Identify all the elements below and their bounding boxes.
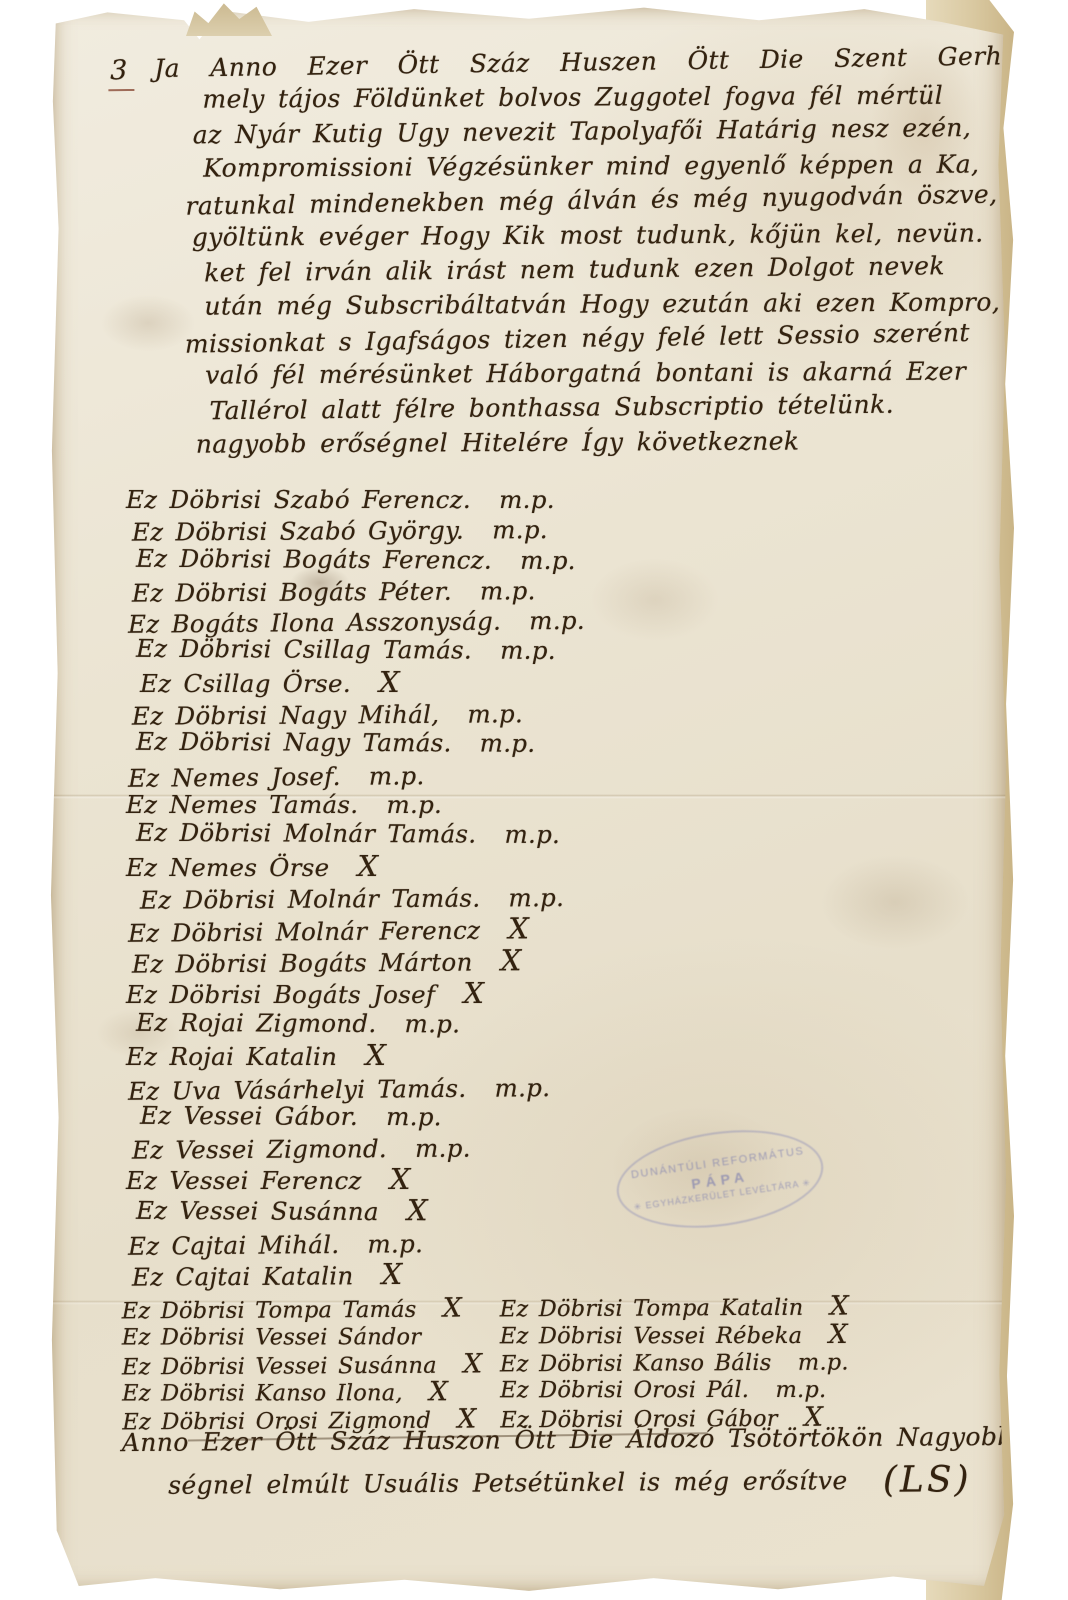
signatory-name: Ez Nemes Josef. <box>128 762 341 793</box>
preamble-paragraph: 3 Ja Anno Ezer Ött Száz Huszen Ött Die S… <box>106 42 994 464</box>
signatory-name: Ez Döbrisi Orosi Pál. <box>500 1377 749 1403</box>
signature-right-cell: Ez Döbrisi Kanso Bális m.p. <box>500 1348 1008 1378</box>
signature-mark: X <box>429 1377 448 1408</box>
signature-line: Ez Döbrisi Szabó György. m.p. <box>132 513 992 549</box>
signature-mark: X <box>390 1162 411 1196</box>
torn-edge-fragment <box>186 2 272 36</box>
signature-two-columns: Ez Döbrisi Tompa Tamás X Ez Döbrisi Tomp… <box>122 1293 1009 1437</box>
signature-mark: m.p. <box>480 576 536 605</box>
signatory-name: Ez Döbrisi Csillag Tamás. <box>136 634 472 665</box>
signature-line: Ez Nemes Josef. m.p. <box>128 756 992 794</box>
paragraph-line: az Nyár Kutig Ugy nevezit Tapolyafői Hat… <box>193 111 991 153</box>
signatory-name: Ez Döbrisi Kanso Ilona, <box>122 1381 403 1407</box>
signature-mark: X <box>463 976 484 1010</box>
paragraph-line: Tallérol alatt félre bonthassa Subscript… <box>209 387 993 429</box>
signature-mark: X <box>379 665 400 699</box>
signature-right-cell: Ez Döbrisi Vessei Rébeka X <box>500 1322 1008 1350</box>
signatory-name: Ez Döbrisi Bogáts Josef <box>126 980 435 1009</box>
seal-mark: (LS) <box>883 1459 972 1501</box>
signature-mark: m.p. <box>508 883 564 912</box>
signature-list: Ez Döbrisi Szabó Ferencz. m.p. Ez Döbris… <box>126 485 992 1291</box>
signatory-name: Ez Döbrisi Bogáts Ferencz. <box>136 543 492 574</box>
signature-line: Ez Döbrisi Bogáts Josef X <box>126 978 992 1010</box>
signatory-name: Ez Döbrisi Szabó Ferencz. <box>126 485 471 514</box>
signature-mark: m.p. <box>492 515 548 544</box>
signature-mark: m.p. <box>504 820 560 849</box>
signature-mark: X <box>443 1293 462 1324</box>
signature-row: Ez Döbrisi Vessei Susánna X Ez Döbrisi K… <box>122 1348 1008 1380</box>
signatory-name: Ez Döbrisi Vessei Sándor <box>122 1324 421 1350</box>
signature-mark: X <box>830 1291 849 1322</box>
signature-line: Ez Csillag Örse. X <box>140 667 992 699</box>
manuscript-page: 3 Ja Anno Ezer Ött Száz Huszen Ött Die S… <box>50 6 1008 1594</box>
paragraph-line: mely tájos Földünket bolvos Zuggotel fog… <box>202 78 990 117</box>
signature-mark: m.p. <box>386 1102 442 1131</box>
signature-mark: m.p. <box>775 1377 826 1403</box>
closing-line: Anno Ezer Ött Száz Huszon Ött Die Áldozó… <box>122 1417 1012 1463</box>
paragraph-line: való fél mérésünket Háborgatná bontani i… <box>205 354 993 393</box>
signature-mark: m.p. <box>798 1349 849 1375</box>
signatory-name: Ez Döbrisi Tompa Tamás <box>122 1297 417 1325</box>
signature-left-cell: Ez Döbrisi Vessei Sándor <box>122 1324 500 1352</box>
signature-mark: X <box>501 944 522 978</box>
signatory-name: Ez Vessei Susánna <box>136 1196 379 1226</box>
signature-mark: m.p. <box>367 1229 423 1258</box>
signatory-name: Ez Döbrisi Molnár Tamás. <box>140 883 481 914</box>
signatory-name: Ez Döbrisi Molnár Tamás. <box>136 818 477 849</box>
signatory-name: Ez Nemes Örse <box>126 853 329 882</box>
signatory-name: Ez Döbrisi Szabó György. <box>132 516 464 547</box>
signatory-name: Ez Rojai Zigmond. <box>136 1008 377 1038</box>
signature-mark: X <box>382 1257 403 1291</box>
signatory-name: Ez Döbrisi Bogáts Márton <box>132 948 473 979</box>
signatory-name: Ez Nemes Tamás. <box>126 790 358 819</box>
signature-mark: m.p. <box>369 761 425 790</box>
signature-line: Ez Döbrisi Molnár Tamás. m.p. <box>136 818 992 853</box>
signature-mark: m.p. <box>499 485 555 514</box>
signature-line: Ez Vessei Ferencz X <box>126 1164 992 1196</box>
signature-mark: X <box>463 1348 482 1379</box>
closing-clause: Anno Ezer Ött Száz Huszon Ött Die Áldozó… <box>122 1417 1013 1506</box>
signatory-name: Ez Döbrisi Nagy Tamás. <box>136 727 452 758</box>
signature-mark: X <box>365 1038 386 1072</box>
signature-left-cell: Ez Döbrisi Tompa Tamás X <box>122 1295 500 1325</box>
signature-mark: X <box>829 1319 848 1350</box>
signature-mark: X <box>357 849 378 883</box>
signatory-name: Ez Vessei Gábor. <box>140 1101 358 1131</box>
signature-line: Ez Döbrisi Bogáts Ferencz. m.p. <box>136 543 992 578</box>
paragraph-line: ket fel irván alik irást nem tudunk ezen… <box>204 249 992 291</box>
closing-line: ségnel elmúlt Usuális Petsétünkel is még… <box>168 1457 1012 1506</box>
signature-mark: m.p. <box>500 636 556 665</box>
signatory-name: Ez Döbrisi Vessei Susánna <box>122 1352 437 1380</box>
signature-row: Ez Döbrisi Tompa Tamás X Ez Döbrisi Tomp… <box>122 1293 1008 1325</box>
signature-mark: m.p. <box>529 606 585 635</box>
signature-row: Ez Döbrisi Kanso Ilona, X Ez Döbrisi Oro… <box>122 1376 1008 1408</box>
signatory-name: Ez Döbrisi Molnár Ferencz <box>128 916 480 948</box>
signatory-name: Ez Csillag Örse. <box>140 669 351 698</box>
signature-line: Ez Rojai Katalin X <box>126 1040 992 1072</box>
signature-mark: X <box>407 1193 428 1227</box>
signature-mark: m.p. <box>386 790 442 819</box>
signatory-name: Ez Cajtai Mihál. <box>128 1230 340 1261</box>
signature-line: Ez Döbrisi Csillag Tamás. m.p. <box>136 634 992 669</box>
signature-left-cell: Ez Döbrisi Kanso Ilona, X <box>122 1380 500 1408</box>
signature-line: Ez Nemes Tamás. m.p. <box>126 790 992 820</box>
signature-mark: X <box>508 911 529 945</box>
signature-line: Ez Döbrisi Bogáts Márton X <box>132 943 992 981</box>
signatory-name: Ez Döbrisi Kanso Bális <box>500 1350 772 1377</box>
signatory-name: Ez Vessei Zigmond. <box>132 1134 387 1165</box>
signatory-name: Ez Cajtai Katalin <box>132 1262 354 1292</box>
paragraph-line: gyöltünk evéger Hogy Kik most tudunk, kő… <box>192 216 992 255</box>
signatory-name: Ez Döbrisi Vessei Rébeka <box>500 1323 802 1349</box>
signatory-name: Ez Döbrisi Tompa Katalin <box>500 1295 804 1323</box>
signature-line: Ez Nemes Örse X <box>126 851 992 883</box>
signature-mark: m.p. <box>520 545 576 574</box>
page-number: 3 <box>108 54 134 91</box>
signature-mark: m.p. <box>415 1134 471 1163</box>
signature-line: Ez Rojai Zigmond. m.p. <box>136 1008 992 1043</box>
paragraph-line: nagyobb erőségnel Hitelére Így következn… <box>196 423 994 462</box>
closing-text: ségnel elmúlt Usuális Petsétünkel is még… <box>168 1466 848 1500</box>
signature-mark: m.p. <box>467 699 523 728</box>
signatory-name: Ez Vessei Ferencz <box>126 1166 362 1195</box>
signature-line: Ez Vessei Zigmond. m.p. <box>132 1131 992 1167</box>
signature-line: Ez Döbrisi Szabó Ferencz. m.p. <box>126 485 992 515</box>
signature-mark: m.p. <box>405 1009 461 1038</box>
signatory-name: Ez Döbrisi Bogáts Péter. <box>132 577 452 608</box>
signature-right-cell: Ez Döbrisi Tompa Katalin X <box>500 1293 1008 1323</box>
signature-mark: m.p. <box>480 729 536 758</box>
signature-row: Ez Döbrisi Vessei Sándor Ez Döbrisi Vess… <box>122 1320 1008 1352</box>
signature-line: Ez Cajtai Katalin X <box>132 1256 992 1294</box>
signatory-name: Ez Rojai Katalin <box>126 1042 337 1071</box>
signature-mark: m.p. <box>494 1073 550 1102</box>
signature-right-cell: Ez Döbrisi Orosi Pál. m.p. <box>500 1377 1008 1405</box>
